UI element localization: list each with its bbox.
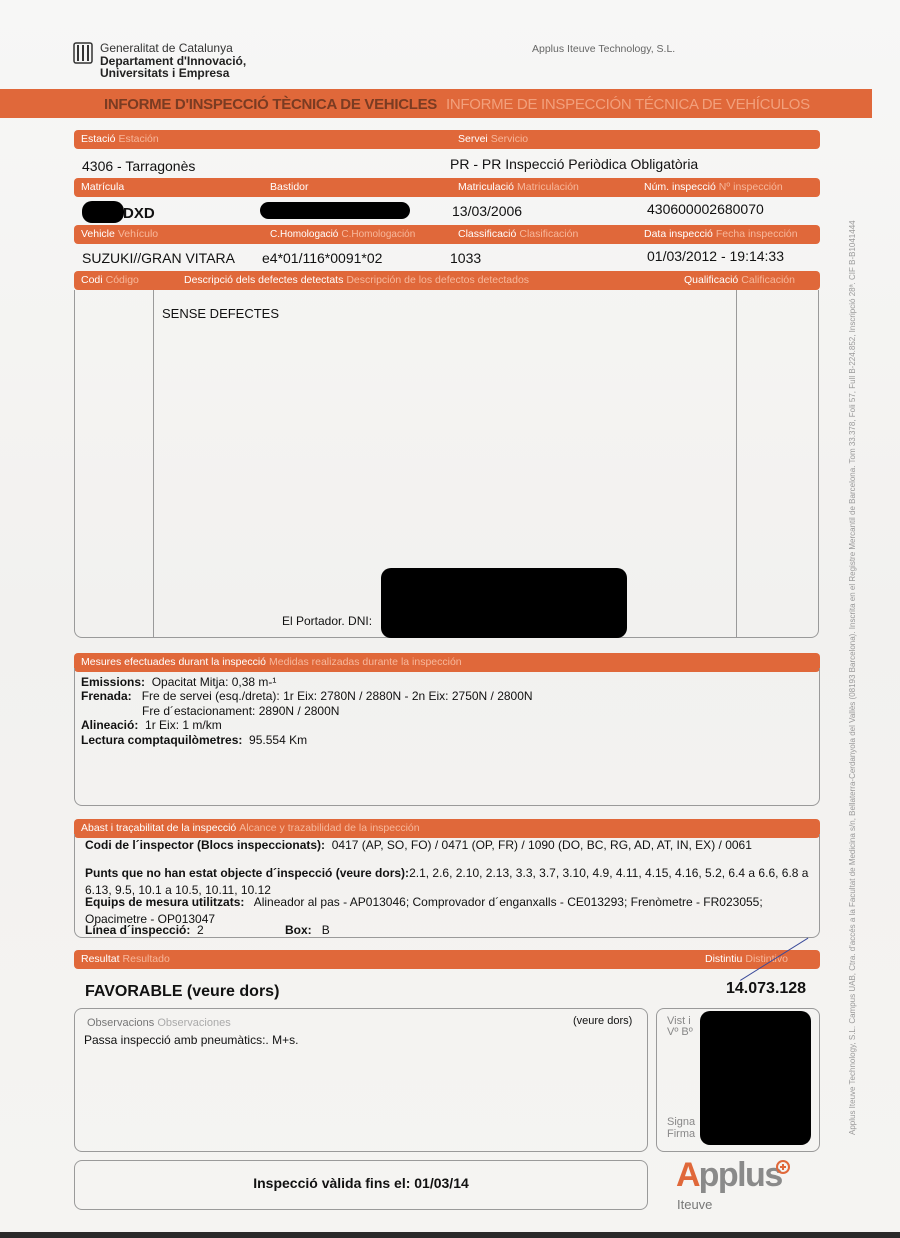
fre-estacionament-row: Fre d´estacionament: 2890N / 2800N: [142, 704, 339, 718]
scan-edge: [0, 1232, 900, 1238]
linia-row: Línea d´inspecció: 2: [85, 923, 204, 937]
matriculacio-value: 13/03/2006: [452, 203, 522, 219]
num-inspeccio-value: 430600002680070: [647, 201, 764, 217]
generalitat-coat-of-arms-icon: [73, 42, 93, 64]
inspector-row: Codi de l´inspector (Blocs inspeccionats…: [85, 838, 752, 852]
issuer-line-1: Generalitat de Catalunya: [100, 42, 246, 55]
vehicle-details-header: VehicleVehículo C.HomologacióC.Homologac…: [74, 225, 820, 244]
homologacio-value: e4*01/116*0091*02: [262, 250, 382, 266]
matriculacio-label: MatriculacióMatriculación: [458, 178, 579, 197]
estacio-label: EstacióEstación: [81, 130, 159, 149]
alineacio-row: Alineació: 1r Eix: 1 m/km: [81, 718, 222, 732]
plus-circle-icon: [776, 1160, 790, 1174]
column-divider: [736, 290, 737, 637]
emissions-row: Emissions: Opacitat Mitja: 0,38 m-¹: [81, 675, 276, 689]
vist-label: Vist iVº Bº: [667, 1016, 693, 1038]
vehicle-ids-header: Matrícula Bastidor MatriculacióMatricula…: [74, 178, 820, 197]
redacted-plate-prefix: [82, 201, 124, 223]
points-row: Punts que no han estat objecte d´inspecc…: [85, 866, 808, 880]
vehicle-label: VehicleVehículo: [81, 225, 158, 244]
company-name: Applus Iteuve Technology, S.L.: [532, 43, 675, 55]
servei-label: ServeiServicio: [458, 130, 528, 149]
observations-text: Passa inspecció amb pneumàtics:. M+s.: [84, 1033, 298, 1047]
qualificacio-label: QualificacióCalificación: [684, 271, 795, 290]
result-header: ResultatResultado DistintiuDistintivo: [74, 950, 820, 969]
signature-label: SignaFirma: [667, 1116, 695, 1140]
report-title-es: INFORME DE INSPECCIÓN TÉCNICA DE VEHÍCUL…: [446, 96, 810, 113]
validity-text: Inspecció vàlida fins el: 01/03/14: [74, 1175, 648, 1191]
homologacio-label: C.HomologacióC.Homologación: [270, 225, 415, 244]
descripcio-label: Descripció dels defectes detectatsDescri…: [184, 271, 529, 290]
data-inspeccio-value: 01/03/2012 - 19:14:33: [647, 248, 784, 264]
vehicle-value: SUZUKI//GRAN VITARA: [82, 250, 235, 266]
redacted-bastidor: [260, 202, 410, 219]
observations-note: (veure dors): [573, 1014, 632, 1028]
data-inspeccio-label: Data inspeccióFecha inspección: [644, 225, 798, 244]
applus-subbrand: Iteuve: [677, 1197, 712, 1212]
legal-side-text: Applus Iteuve Technology, S.L. Campus UA…: [848, 125, 857, 1135]
issuer-line-3: Universitats i Empresa: [100, 67, 246, 80]
redacted-signature: [700, 1011, 811, 1145]
defects-text: SENSE DEFECTES: [162, 306, 279, 321]
frenada-row: Frenada: Fre de servei (esq./dreta): 1r …: [81, 689, 533, 703]
report-title-ca: INFORME D'INSPECCIÓ TÈCNICA DE VEHICLES: [104, 96, 437, 113]
equip-row: Equips de mesura utilitzats: Alineador a…: [85, 895, 763, 909]
matricula-value: DXD: [123, 205, 155, 222]
report-title-band: INFORME D'INSPECCIÓ TÈCNICA DE VEHICLES …: [0, 89, 872, 118]
defects-header: CodiCódigo Descripció dels defectes dete…: [74, 271, 820, 290]
observations-label: Observacions Observaciones: [87, 1016, 231, 1030]
estacio-value: 4306 - Tarragonès: [82, 158, 195, 174]
box-row: Box: B: [285, 923, 330, 937]
redacted-dni: [381, 568, 627, 638]
applus-logo: Applus: [676, 1156, 782, 1195]
num-inspeccio-label: Núm. inspeccióNº inspección: [644, 178, 783, 197]
column-divider: [153, 290, 154, 637]
bastidor-label: Bastidor: [270, 178, 309, 197]
station-service-header: EstacióEstación ServeiServicio: [74, 130, 820, 149]
issuer-block: Generalitat de Catalunya Departament d'I…: [100, 42, 246, 80]
codi-label: CodiCódigo: [81, 271, 139, 290]
classificacio-label: ClassificacióClasificación: [458, 225, 578, 244]
distintiu-value: 14.073.128: [726, 980, 806, 998]
classificacio-value: 1033: [450, 250, 481, 266]
servei-value: PR - PR Inspecció Periòdica Obligatòria: [450, 156, 698, 172]
result-value: FAVORABLE (veure dors): [85, 983, 279, 1001]
matricula-label: Matrícula: [81, 178, 124, 197]
portador-label: El Portador. DNI:: [282, 614, 372, 628]
km-row: Lectura comptaquilòmetres: 95.554 Km: [81, 733, 307, 747]
inspection-report-page: Generalitat de Catalunya Departament d'I…: [0, 0, 900, 1232]
